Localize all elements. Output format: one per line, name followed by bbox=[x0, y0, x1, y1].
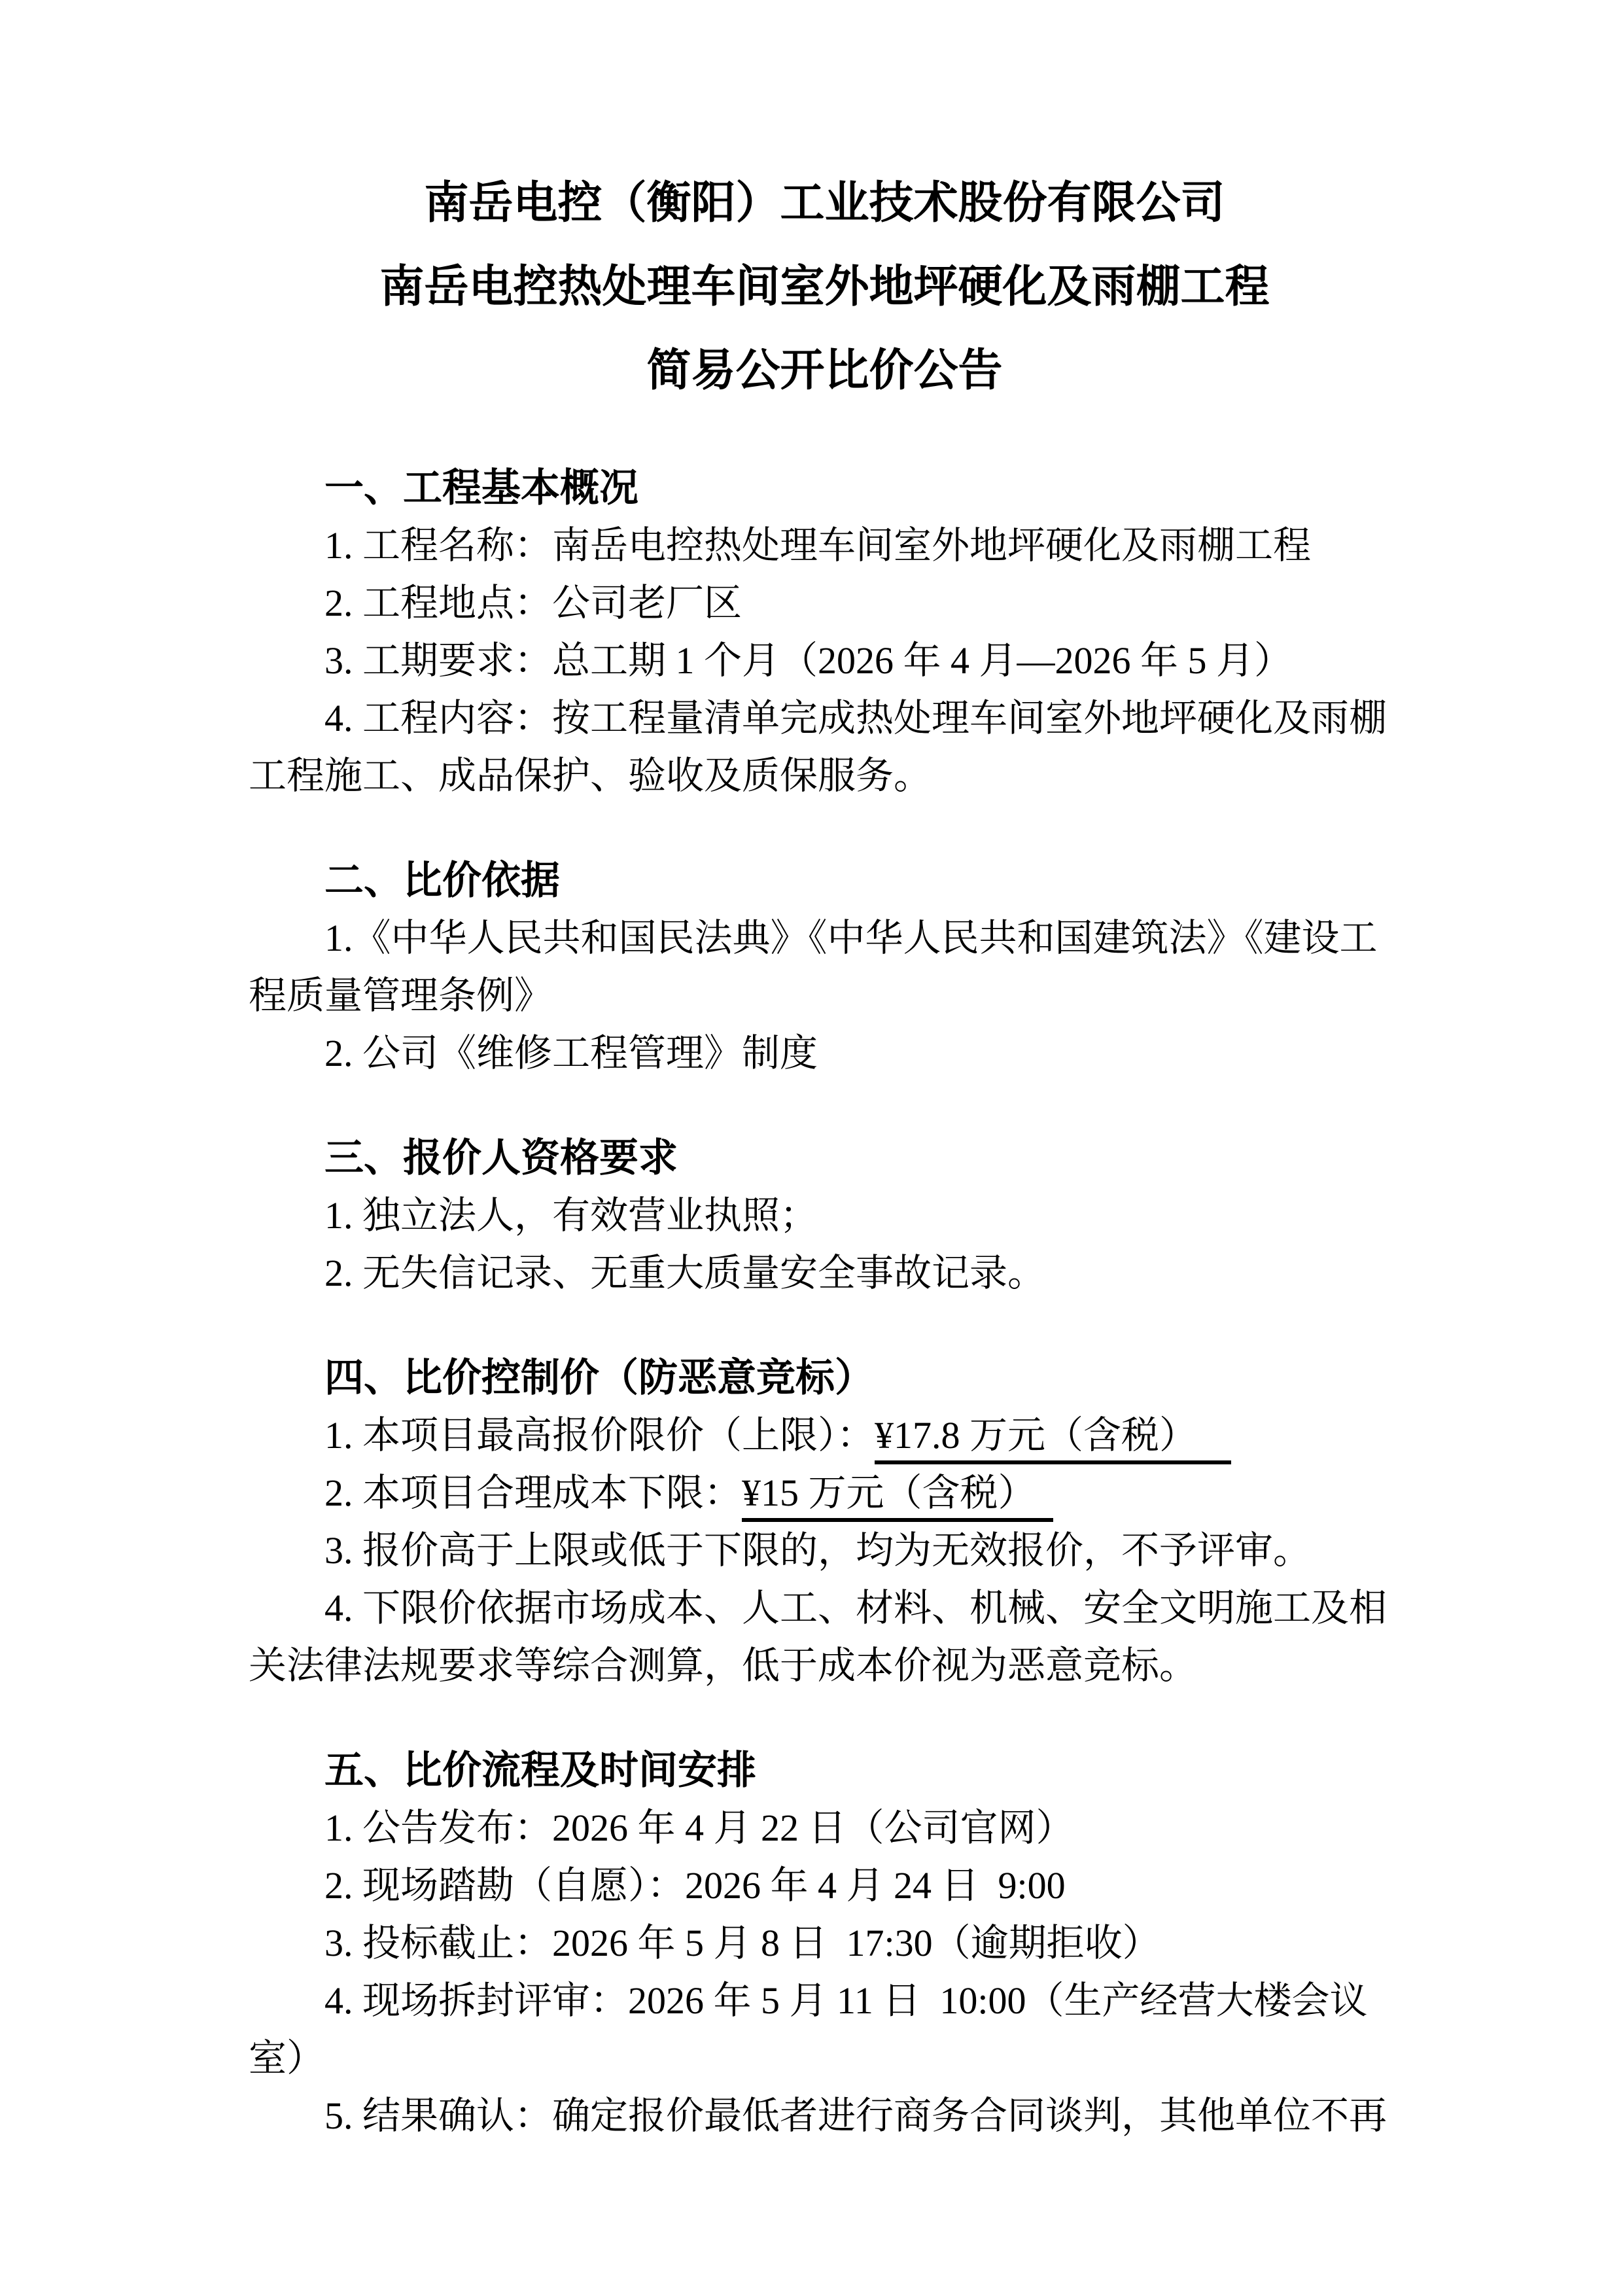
max-price-line: 1. 本项目最高报价限价（上限）：¥17.8 万元（含税） bbox=[249, 1407, 1401, 1464]
floor-price-basis-line-2: 关法律法规要求等综合测算，低于成本价视为恶意竞标。 bbox=[249, 1637, 1401, 1695]
law-basis-line-1: 1.《中华人民共和国民法典》《中华人民共和国建筑法》《建设工 bbox=[249, 910, 1401, 967]
project-name-line: 1. 工程名称：南岳电控热处理车间室外地坪硬化及雨棚工程 bbox=[249, 517, 1401, 574]
section-project-overview: 一、工程基本概况 1. 工程名称：南岳电控热处理车间室外地坪硬化及雨棚工程 2.… bbox=[249, 459, 1401, 805]
section-heading-bidder-qualifications: 三、报价人资格要求 bbox=[249, 1129, 1401, 1187]
work-content-line-2: 工程施工、成品保护、验收及质保服务。 bbox=[249, 747, 1401, 805]
law-basis-line-2: 程质量管理条例》 bbox=[249, 967, 1401, 1025]
construction-period-line: 3. 工期要求：总工期 1 个月（2026 年 4 月—2026 年 5 月） bbox=[249, 632, 1401, 690]
company-name-title: 南岳电控（衡阳）工业技术股份有限公司 bbox=[249, 161, 1401, 245]
announcement-type-title: 简易公开比价公告 bbox=[249, 328, 1401, 412]
announcement-date-line: 1. 公告发布：2026 年 4 月 22 日（公司官网） bbox=[249, 1799, 1401, 1857]
section-pricing-basis: 二、比价依据 1.《中华人民共和国民法典》《中华人民共和国建筑法》《建设工 程质… bbox=[249, 852, 1401, 1082]
invalid-bid-rule-line: 3. 报价高于上限或低于下限的，均为无效报价，不予评审。 bbox=[249, 1522, 1401, 1580]
section-heading-schedule: 五、比价流程及时间安排 bbox=[249, 1742, 1401, 1799]
section-price-control: 四、比价控制价（防恶意竞标） 1. 本项目最高报价限价（上限）：¥17.8 万元… bbox=[249, 1349, 1401, 1695]
min-price-value: ¥15 万元（含税） bbox=[742, 1472, 1053, 1522]
credit-record-requirement-line: 2. 无失信记录、无重大质量安全事故记录。 bbox=[249, 1245, 1401, 1302]
bid-opening-line-1: 4. 现场拆封评审：2026 年 5 月 11 日 10:00（生产经营大楼会议 bbox=[249, 1972, 1401, 2030]
bid-deadline-line: 3. 投标截止：2026 年 5 月 8 日 17:30（逾期拒收） bbox=[249, 1915, 1401, 1972]
company-policy-line: 2. 公司《维修工程管理》制度 bbox=[249, 1025, 1401, 1082]
section-bidder-qualifications: 三、报价人资格要求 1. 独立法人，有效营业执照； 2. 无失信记录、无重大质量… bbox=[249, 1129, 1401, 1302]
section-heading-pricing-basis: 二、比价依据 bbox=[249, 852, 1401, 910]
document-title-block: 南岳电控（衡阳）工业技术股份有限公司 南岳电控热处理车间室外地坪硬化及雨棚工程 … bbox=[249, 161, 1401, 412]
min-price-line: 2. 本项目合理成本下限：¥15 万元（含税） bbox=[249, 1464, 1401, 1522]
announcement-page: 南岳电控（衡阳）工业技术股份有限公司 南岳电控热处理车间室外地坪硬化及雨棚工程 … bbox=[0, 0, 1623, 2296]
work-content-line-1: 4. 工程内容：按工程量清单完成热处理车间室外地坪硬化及雨棚 bbox=[249, 690, 1401, 747]
min-price-label: 2. 本项目合理成本下限： bbox=[324, 1472, 742, 1514]
section-heading-project-overview: 一、工程基本概况 bbox=[249, 459, 1401, 517]
result-confirmation-line: 5. 结果确认：确定报价最低者进行商务合同谈判，其他单位不再 bbox=[249, 2087, 1401, 2145]
max-price-value: ¥17.8 万元（含税） bbox=[875, 1414, 1231, 1464]
bid-opening-line-2: 室） bbox=[249, 2030, 1401, 2087]
project-name-title: 南岳电控热处理车间室外地坪硬化及雨棚工程 bbox=[249, 245, 1401, 328]
legal-entity-requirement-line: 1. 独立法人，有效营业执照； bbox=[249, 1187, 1401, 1245]
section-heading-price-control: 四、比价控制价（防恶意竞标） bbox=[249, 1349, 1401, 1407]
site-visit-line: 2. 现场踏勘（自愿）：2026 年 4 月 24 日 9:00 bbox=[249, 1857, 1401, 1915]
section-schedule: 五、比价流程及时间安排 1. 公告发布：2026 年 4 月 22 日（公司官网… bbox=[249, 1742, 1401, 2145]
project-location-line: 2. 工程地点：公司老厂区 bbox=[249, 574, 1401, 632]
floor-price-basis-line-1: 4. 下限价依据市场成本、人工、材料、机械、安全文明施工及相 bbox=[249, 1580, 1401, 1637]
max-price-label: 1. 本项目最高报价限价（上限）： bbox=[324, 1414, 875, 1457]
